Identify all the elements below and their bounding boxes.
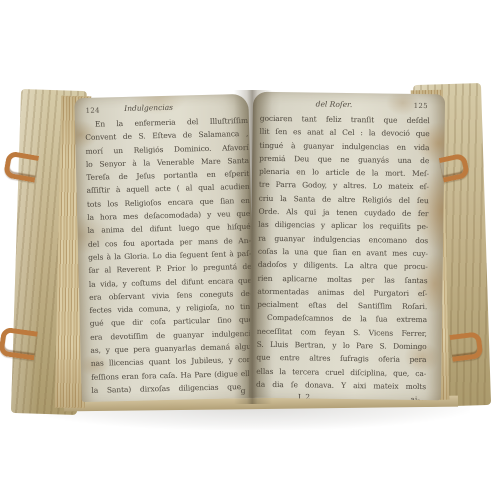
catchword-left: g (241, 386, 246, 395)
leather-tie-top-left (3, 150, 39, 182)
page-right-header: del Roſer. 125 (253, 99, 445, 113)
leather-tie-bottom-right (449, 331, 483, 362)
text-line: la Santa) dirxoſas diligencias que li (91, 380, 254, 397)
book-photograph: 124 Indulgencias En la enfermeria del Il… (0, 0, 500, 500)
body-text-right: gociaren tant feliz tranſit que deſdelll… (256, 112, 430, 394)
body-text-left: En la enfermeria del IlluſtriſſimConvent… (85, 114, 255, 397)
text-line: da dia ſe donava. Y aixi mateix molts (256, 378, 426, 394)
catchword-right: ai- (410, 395, 420, 400)
page-number-right: 125 (414, 102, 428, 110)
page-right: del Roſer. 125 gociaren tant feliz tranſ… (249, 92, 445, 401)
open-book: 124 Indulgencias En la enfermeria del Il… (0, 0, 500, 500)
page-left: 124 Indulgencias En la enfermeria del Il… (74, 94, 255, 402)
running-title-left: Indulgencias (74, 101, 248, 114)
leather-tie-bottom-left (0, 327, 38, 361)
